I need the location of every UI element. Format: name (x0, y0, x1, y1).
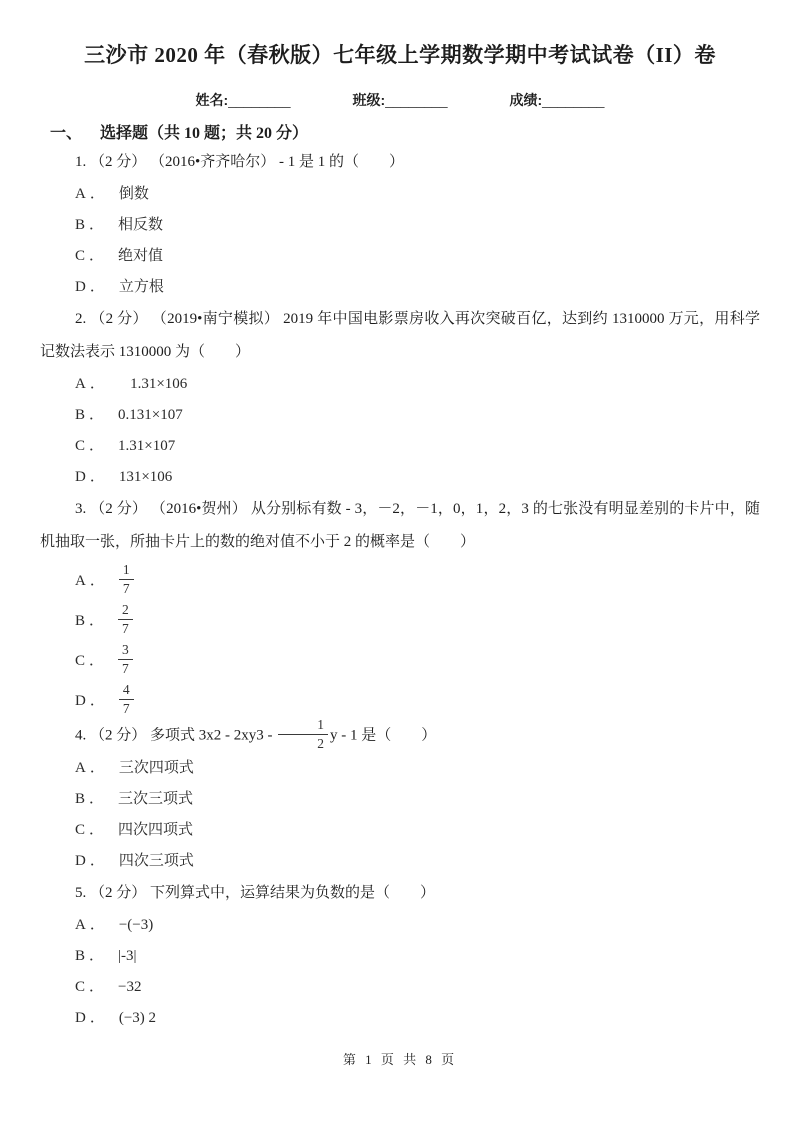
question-3-option-d: D． 47 (75, 679, 760, 719)
question-3-stem: 3. （2 分） （2016•贺州） 从分别标有数 - 3，－2，－1，0，1，… (40, 493, 760, 559)
option-text: 立方根 (119, 279, 164, 295)
option-label: A． (75, 186, 109, 202)
fraction: 47 (119, 682, 134, 716)
option-text: 0.131×107 (118, 407, 183, 423)
option-text: 四次三项式 (119, 853, 194, 869)
fraction-denominator: 7 (122, 620, 129, 637)
option-text: (−3) 2 (119, 1010, 156, 1026)
question-4-option-c: C．四次四项式 (75, 815, 760, 846)
fraction-numerator: 4 (119, 682, 134, 700)
option-text: 四次四项式 (118, 822, 193, 838)
option-label: D． (75, 469, 109, 485)
score-label: 成绩: (509, 92, 542, 108)
question-4-stem: 4. （2 分） 多项式 3x2 - 2xy3 - 12y - 1 是（ ） (40, 719, 760, 753)
option-text: 绝对值 (118, 248, 163, 264)
question-4-option-a: A．三次四项式 (75, 753, 760, 784)
exam-paper-page: 三沙市 2020 年（春秋版）七年级上学期数学期中考试试卷（II）卷 姓名:__… (0, 0, 800, 1132)
option-label: A． (75, 760, 109, 776)
question-5-stem: 5. （2 分） 下列算式中，运算结果为负数的是（ ） (40, 877, 760, 910)
option-text: −32 (118, 979, 141, 995)
question-3-option-c: C． 37 (75, 639, 760, 679)
option-label: A． (75, 569, 109, 590)
question-2: 2. （2 分） （2019•南宁模拟） 2019 年中国电影票房收入再次突破百… (40, 303, 760, 493)
fraction-numerator: 3 (118, 642, 133, 660)
question-4-option-d: D．四次三项式 (75, 846, 760, 877)
option-label: D． (75, 1010, 109, 1026)
option-text: 倒数 (119, 186, 149, 202)
option-label: C． (75, 248, 108, 264)
section-number: 一、 (50, 125, 82, 142)
fraction-numerator: 2 (118, 602, 133, 620)
question-5-option-b: B．|-3| (75, 941, 760, 972)
stem-text-pre: 4. （2 分） 多项式 3x2 - 2xy3 - (75, 727, 276, 743)
student-info-row: 姓名:________ 班级:________ 成绩:________ (0, 90, 800, 110)
option-label: B． (75, 217, 108, 233)
question-1-option-b: B．相反数 (75, 210, 760, 241)
question-3-option-b: B． 27 (75, 599, 760, 639)
option-label: C． (75, 438, 108, 454)
option-text: 1.31×107 (118, 438, 175, 454)
stem-text-post: y - 1 是（ ） (330, 727, 436, 743)
fraction: 27 (118, 602, 133, 636)
question-1-option-c: C．绝对值 (75, 241, 760, 272)
question-2-option-d: D．131×106 (75, 462, 760, 493)
question-1-option-d: D．立方根 (75, 272, 760, 303)
question-3: 3. （2 分） （2016•贺州） 从分别标有数 - 3，－2，－1，0，1，… (40, 493, 760, 719)
score-blank: ________ (542, 92, 604, 108)
option-label: D． (75, 689, 109, 710)
option-text: 三次四项式 (119, 760, 194, 776)
option-label: B． (75, 609, 108, 630)
option-label: A． (75, 917, 109, 933)
option-text: 131×106 (119, 469, 172, 485)
name-label: 姓名: (196, 92, 229, 108)
fraction-denominator: 2 (282, 735, 324, 752)
option-text: −(−3) (119, 917, 153, 933)
question-3-option-a: A． 17 (75, 559, 760, 599)
question-2-option-b: B．0.131×107 (75, 400, 760, 431)
question-1-stem: 1. （2 分） （2016•齐齐哈尔） - 1 是 1 的（ ） (40, 146, 760, 179)
option-label: B． (75, 791, 108, 807)
option-label: A． (75, 376, 101, 392)
option-label: D． (75, 853, 109, 869)
fraction: 17 (119, 562, 134, 596)
questions-area: 1. （2 分） （2016•齐齐哈尔） - 1 是 1 的（ ） A．倒数 B… (40, 146, 760, 1034)
option-label: D． (75, 279, 109, 295)
class-field: 班级:________ (353, 90, 448, 110)
question-2-option-a: A． 1.31×106 (75, 369, 760, 400)
question-1: 1. （2 分） （2016•齐齐哈尔） - 1 是 1 的（ ） A．倒数 B… (40, 146, 760, 303)
class-label: 班级: (353, 92, 386, 108)
option-label: C． (75, 649, 108, 670)
question-2-stem: 2. （2 分） （2019•南宁模拟） 2019 年中国电影票房收入再次突破百… (40, 303, 760, 369)
question-4: 4. （2 分） 多项式 3x2 - 2xy3 - 12y - 1 是（ ） A… (40, 719, 760, 877)
fraction-numerator: 1 (278, 717, 328, 735)
fraction: 12 (278, 717, 328, 751)
fraction-denominator: 7 (122, 660, 129, 677)
question-5-option-a: A．−(−3) (75, 910, 760, 941)
name-blank: ________ (228, 92, 290, 108)
option-text: 相反数 (118, 217, 163, 233)
question-4-option-b: B．三次三项式 (75, 784, 760, 815)
section-title: 选择题（共 10 题；共 20 分） (100, 125, 308, 142)
question-5-option-d: D．(−3) 2 (75, 1003, 760, 1034)
fraction-denominator: 7 (123, 580, 130, 597)
fraction-numerator: 1 (119, 562, 134, 580)
option-text: |-3| (118, 948, 137, 964)
question-5: 5. （2 分） 下列算式中，运算结果为负数的是（ ） A．−(−3) B．|-… (40, 877, 760, 1034)
fraction: 37 (118, 642, 133, 676)
page-number: 第 1 页 共 8 页 (0, 1049, 800, 1068)
question-5-option-c: C．−32 (75, 972, 760, 1003)
fraction-denominator: 7 (123, 700, 130, 717)
question-1-option-a: A．倒数 (75, 179, 760, 210)
option-label: C． (75, 979, 108, 995)
option-label: C． (75, 822, 108, 838)
section-heading: 一、选择题（共 10 题；共 20 分） (50, 122, 800, 146)
class-blank: ________ (385, 92, 447, 108)
option-text: 1.31×106 (111, 376, 187, 392)
question-2-option-c: C．1.31×107 (75, 431, 760, 462)
name-field: 姓名:________ (196, 90, 291, 110)
page-title: 三沙市 2020 年（春秋版）七年级上学期数学期中考试试卷（II）卷 (0, 0, 800, 70)
option-label: B． (75, 407, 108, 423)
score-field: 成绩:________ (509, 90, 604, 110)
option-text: 三次三项式 (118, 791, 193, 807)
option-label: B． (75, 948, 108, 964)
